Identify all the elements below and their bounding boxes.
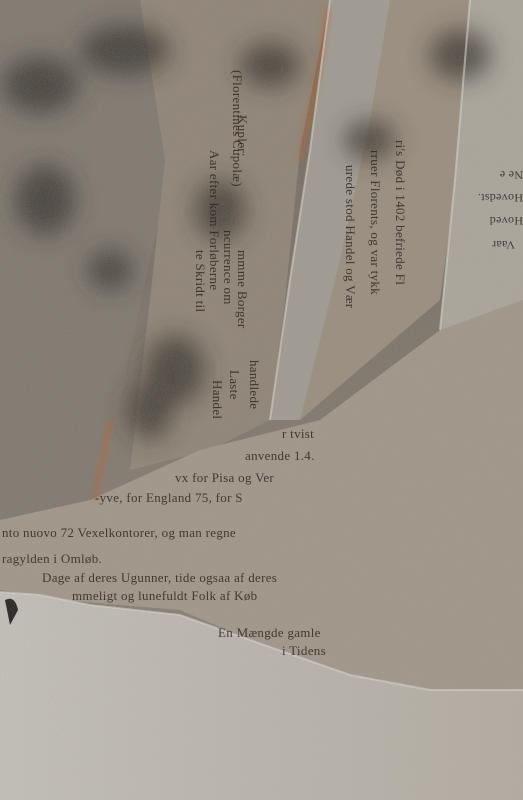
collage-text: ragylden i Omløb. [2, 551, 102, 567]
collage-text: Dage af deres Ugunner, tide ogsaa af der… [42, 570, 277, 586]
collage-text: -yve, for England 75, for S [95, 490, 243, 506]
collage-text-vertical: rruer Florents, og var tykk [367, 150, 383, 295]
collage-text-inverted: Vaar [492, 237, 515, 252]
collage-text-vertical: urede stod Handel og Vær [342, 165, 358, 308]
collage-text-vertical: Laste [226, 370, 242, 400]
collage-text-vertical: ri's Død i 1402 befriede Fl [392, 140, 408, 285]
collage-text: anvende 1.4. [245, 448, 315, 464]
collage-text: nto nuovo 72 Vexelkontorer, og man regne [2, 525, 236, 541]
collage-text-vertical: handlede [246, 360, 262, 409]
collage-text: mmeligt og lunefuldt Folk af Køb [72, 588, 257, 604]
collage-text-vertical: (Florentines Cupolæ) [229, 70, 245, 187]
collage-text: i Tidens [282, 643, 326, 659]
collage-text-vertical: mmme Borger [234, 250, 250, 329]
collage-text: En Mængde gamle [218, 625, 321, 641]
collage-text-inverted: Hovedst. [478, 190, 523, 205]
collage-text-inverted: Ne e [499, 167, 523, 182]
collage-text: vx for Pisa og Ver [175, 470, 274, 486]
collage-artwork: r tvist anvende 1.4. vx for Pisa og Ver … [0, 0, 523, 800]
collage-text-vertical: Handel [209, 380, 225, 419]
collage-text: r tvist [282, 426, 314, 442]
collage-text-inverted: Hoved [490, 213, 523, 228]
